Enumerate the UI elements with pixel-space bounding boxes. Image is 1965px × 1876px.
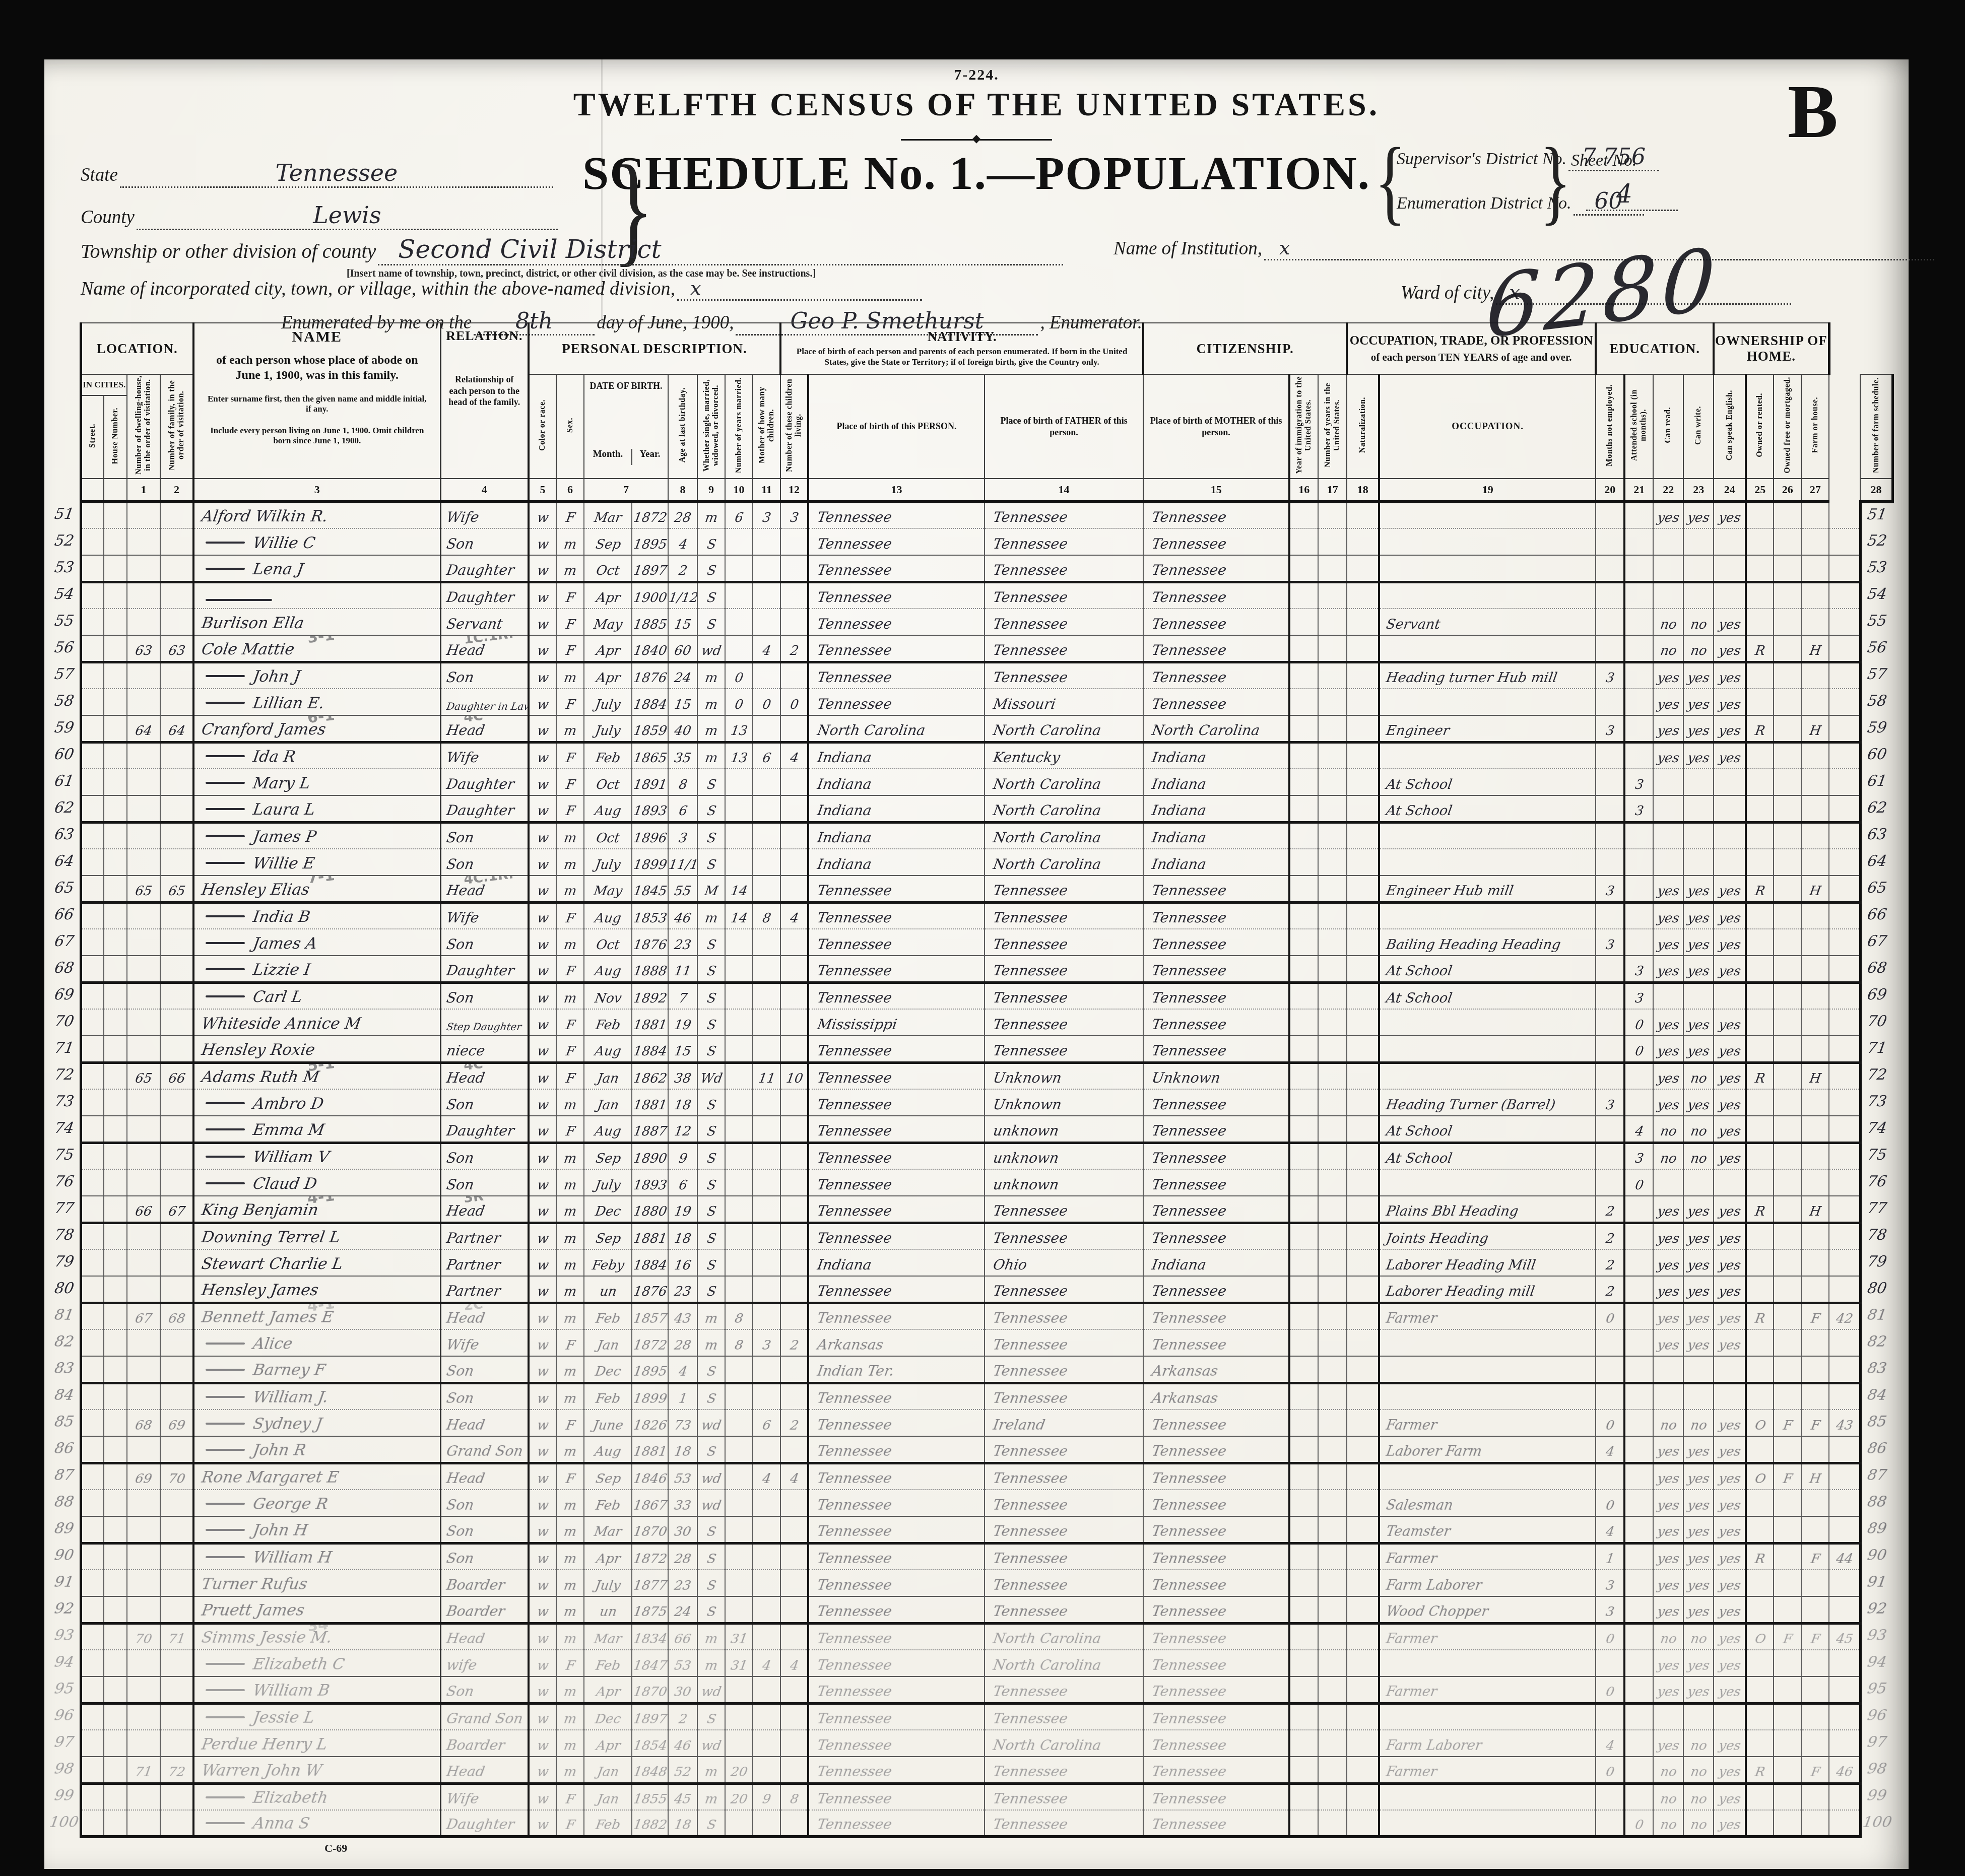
cell-birthplace: Tennessee xyxy=(808,635,985,662)
cell-father-birthplace: North Carolina xyxy=(985,849,1143,876)
cell-mother-birthplace: Tennessee xyxy=(1143,1677,1289,1703)
cell-owned-free-mortgaged xyxy=(1774,1570,1801,1596)
line-number-right: 77 xyxy=(1860,1196,1892,1223)
cell-can-read: yes xyxy=(1653,902,1683,929)
census-row: 92Pruett JamesBoarderwmun187524STennesse… xyxy=(48,1596,1892,1623)
census-row: 82AliceWifewFJan187228m832ArkansasTennes… xyxy=(48,1329,1892,1356)
header-street: Street. xyxy=(81,395,104,479)
cell-birth-year: 1884 xyxy=(632,1249,668,1276)
cell-can-speak-english: yes xyxy=(1714,1249,1746,1276)
cell-mother-of-children: 4 xyxy=(753,635,780,662)
cell-years-in-us xyxy=(1318,1623,1347,1650)
cell-months-not-employed: 3 xyxy=(1596,929,1624,956)
cell-birth-month: Aug xyxy=(584,902,632,929)
cell-naturalization xyxy=(1347,769,1379,795)
cell-immigration-year xyxy=(1289,1463,1318,1490)
ditto-mark xyxy=(206,995,245,997)
cell-can-speak-english: yes xyxy=(1714,1009,1746,1036)
cell-occupation: Farm Laborer xyxy=(1379,1570,1596,1596)
cell-birth-month: Sep xyxy=(584,1223,632,1249)
cell-farm-house xyxy=(1801,1009,1829,1036)
line-number-left: 98 xyxy=(48,1757,81,1783)
cell-owned-free-mortgaged xyxy=(1774,1223,1801,1249)
cell-immigration-year xyxy=(1289,1036,1318,1062)
cell-name: Mary L xyxy=(193,769,440,795)
line-number-right: 61 xyxy=(1860,769,1892,795)
cell-street xyxy=(81,1303,104,1329)
header-attended-school: Attended school (in months). xyxy=(1624,374,1653,479)
cell-children-living xyxy=(780,1436,808,1463)
cell-family-number xyxy=(160,582,193,609)
cell-sex: F xyxy=(556,769,584,795)
cell-can-read xyxy=(1653,769,1683,795)
cell-can-write: yes xyxy=(1683,502,1714,528)
cell-owned-rented xyxy=(1746,1703,1774,1730)
cell-owned-free-mortgaged xyxy=(1774,876,1801,902)
cell-color-race: w xyxy=(529,1596,556,1623)
cell-can-write: yes xyxy=(1683,715,1714,742)
line-number-right: 59 xyxy=(1860,715,1892,742)
cell-owned-rented: R xyxy=(1746,1062,1774,1089)
census-row: 62Laura LDaughterwFAug18936SIndianaNorth… xyxy=(48,795,1892,822)
cell-birth-month: Nov xyxy=(584,982,632,1009)
line-number-left: 93 xyxy=(48,1623,81,1650)
cell-family-number xyxy=(160,902,193,929)
cell-occupation: At School xyxy=(1379,956,1596,982)
cell-naturalization xyxy=(1347,1677,1379,1703)
scanned-census-page: { "form": { "form_number": "7-224.", "ce… xyxy=(0,0,1965,1876)
district-brace-left: { xyxy=(1374,127,1406,237)
cell-children-living xyxy=(780,1009,808,1036)
cell-name: James P xyxy=(193,822,440,849)
cell-relation: Wife xyxy=(440,502,529,528)
cell-birth-month: Jan xyxy=(584,1329,632,1356)
cell-years-in-us xyxy=(1318,1703,1347,1730)
cell-age: 1 xyxy=(668,1383,697,1410)
cell-sex: F xyxy=(556,1329,584,1356)
cell-years-married xyxy=(725,1356,753,1383)
cell-dwelling-number xyxy=(127,822,160,849)
cell-attended-school xyxy=(1624,1516,1653,1543)
cell-street xyxy=(81,1570,104,1596)
cell-name: 6-1Cranford James xyxy=(193,715,440,742)
cell-relation: Son xyxy=(440,1143,529,1169)
cell-father-birthplace: Tennessee xyxy=(985,1436,1143,1463)
cell-children-living xyxy=(780,1383,808,1410)
cell-owned-free-mortgaged xyxy=(1774,1196,1801,1223)
line-number-left: 95 xyxy=(48,1677,81,1703)
cell-years-in-us xyxy=(1318,769,1347,795)
cell-father-birthplace: Ireland xyxy=(985,1410,1143,1436)
cell-years-married xyxy=(725,1490,753,1516)
cell-mother-of-children xyxy=(753,1169,780,1196)
cell-father-birthplace: North Carolina xyxy=(985,822,1143,849)
cell-farm-house xyxy=(1801,1570,1829,1596)
header-birth-month: Month. xyxy=(584,449,632,465)
cell-name: Downing Terrel L xyxy=(193,1223,440,1249)
cell-mother-birthplace: Indiana xyxy=(1143,769,1289,795)
cell-farm-house xyxy=(1801,528,1829,555)
cell-can-read: yes xyxy=(1653,1543,1683,1570)
cell-owned-rented: R xyxy=(1746,1303,1774,1329)
cell-occupation xyxy=(1379,1650,1596,1677)
cell-farm-schedule xyxy=(1829,902,1860,929)
cell-street xyxy=(81,1436,104,1463)
cell-years-in-us xyxy=(1318,1383,1347,1410)
cell-family-number xyxy=(160,769,193,795)
cell-relation: wife xyxy=(440,1650,529,1677)
cell-owned-rented xyxy=(1746,1383,1774,1410)
cell-family-number: 63 xyxy=(160,635,193,662)
cell-color-race: w xyxy=(529,1730,556,1757)
cell-birth-year: 1870 xyxy=(632,1516,668,1543)
cell-street xyxy=(81,795,104,822)
cell-birthplace: Tennessee xyxy=(808,582,985,609)
cell-owned-free-mortgaged xyxy=(1774,662,1801,689)
cell-name: 5-1Adams Ruth M xyxy=(193,1062,440,1089)
cell-marital-status: S xyxy=(697,982,725,1009)
cell-mother-of-children xyxy=(753,1276,780,1303)
county-label: County xyxy=(81,207,135,228)
cell-age: 4 xyxy=(668,1356,697,1383)
cell-farm-house xyxy=(1801,1783,1829,1810)
cell-years-married xyxy=(725,1677,753,1703)
line-number-right: 62 xyxy=(1860,795,1892,822)
cell-street xyxy=(81,1596,104,1623)
cell-years-in-us xyxy=(1318,1009,1347,1036)
cell-color-race: w xyxy=(529,1062,556,1089)
cell-immigration-year xyxy=(1289,609,1318,635)
cell-mother-birthplace: Tennessee xyxy=(1143,528,1289,555)
cell-farm-house xyxy=(1801,1650,1829,1677)
cell-birth-year: 1881 xyxy=(632,1223,668,1249)
cell-farm-schedule xyxy=(1829,1703,1860,1730)
cell-owned-rented xyxy=(1746,582,1774,609)
cell-birth-year: 1891 xyxy=(632,769,668,795)
cell-years-married xyxy=(725,1463,753,1490)
cell-birthplace: Tennessee xyxy=(808,982,985,1009)
cell-mother-birthplace: Tennessee xyxy=(1143,635,1289,662)
cell-years-in-us xyxy=(1318,1356,1347,1383)
cell-years-married xyxy=(725,609,753,635)
cell-birthplace: Tennessee xyxy=(808,1596,985,1623)
cell-family-number xyxy=(160,502,193,528)
cell-street xyxy=(81,1249,104,1276)
cell-house-number xyxy=(104,1516,127,1543)
cell-father-birthplace: Ohio xyxy=(985,1249,1143,1276)
cell-birth-month: July xyxy=(584,1570,632,1596)
cell-relation: Wife xyxy=(440,902,529,929)
population-schedule-table: LOCATION. NAME of each person whose plac… xyxy=(48,322,1894,1838)
cell-marital-status: S xyxy=(697,1516,725,1543)
cell-farm-house xyxy=(1801,1089,1829,1116)
cell-marital-status: S xyxy=(697,528,725,555)
cell-farm-schedule xyxy=(1829,1169,1860,1196)
cell-occupation xyxy=(1379,1009,1596,1036)
cell-can-read: yes xyxy=(1653,1329,1683,1356)
cell-color-race: w xyxy=(529,502,556,528)
header-children-living: Number of these children living. xyxy=(780,374,808,479)
cell-birthplace: Tennessee xyxy=(808,1783,985,1810)
cell-owned-free-mortgaged xyxy=(1774,1543,1801,1570)
cell-marital-status: S xyxy=(697,929,725,956)
cell-sex: m xyxy=(556,1570,584,1596)
cell-mother-birthplace: Tennessee xyxy=(1143,689,1289,715)
header-color-race: Color or race. xyxy=(529,374,556,479)
cell-can-read: yes xyxy=(1653,1650,1683,1677)
cell-color-race: w xyxy=(529,795,556,822)
cell-mother-of-children xyxy=(753,1303,780,1329)
cell-can-speak-english: yes xyxy=(1714,1436,1746,1463)
cell-marital-status: S xyxy=(697,609,725,635)
census-row: 68Lizzie IDaughterwFAug188811STennesseeT… xyxy=(48,956,1892,982)
cell-family-number xyxy=(160,1436,193,1463)
cell-farm-schedule xyxy=(1829,1650,1860,1677)
cell-owned-rented xyxy=(1746,956,1774,982)
cell-birth-year: 1895 xyxy=(632,1356,668,1383)
cell-immigration-year xyxy=(1289,1623,1318,1650)
cell-birth-year: 1840 xyxy=(632,635,668,662)
cell-mother-of-children xyxy=(753,1730,780,1757)
cell-owned-rented: O xyxy=(1746,1623,1774,1650)
cell-name: Elizabeth C xyxy=(193,1650,440,1677)
cell-years-married: 14 xyxy=(725,876,753,902)
line-number-left: 51 xyxy=(48,502,81,528)
cell-years-married xyxy=(725,1062,753,1089)
cell-marital-status: S xyxy=(697,1570,725,1596)
cell-mother-birthplace: Tennessee xyxy=(1143,1730,1289,1757)
cell-age: 52 xyxy=(668,1757,697,1783)
cell-can-read: yes xyxy=(1653,1196,1683,1223)
cell-farm-house: F xyxy=(1801,1757,1829,1783)
cell-can-read xyxy=(1653,982,1683,1009)
cell-naturalization xyxy=(1347,822,1379,849)
cell-color-race: w xyxy=(529,1703,556,1730)
cell-relation: Partner xyxy=(440,1249,529,1276)
cell-immigration-year xyxy=(1289,1596,1318,1623)
cell-house-number xyxy=(104,609,127,635)
cell-mother-of-children xyxy=(753,1143,780,1169)
cell-father-birthplace: Tennessee xyxy=(985,1516,1143,1543)
cell-can-write xyxy=(1683,1383,1714,1410)
cell-can-read: yes xyxy=(1653,1036,1683,1062)
cell-occupation: Laborer Farm xyxy=(1379,1436,1596,1463)
cell-dwelling-number xyxy=(127,1143,160,1169)
cell-months-not-employed xyxy=(1596,795,1624,822)
cell-months-not-employed: 3 xyxy=(1596,1089,1624,1116)
cell-can-read: yes xyxy=(1653,1276,1683,1303)
state-field: State Tennessee xyxy=(81,159,553,188)
cell-name: 4-1King Benjamin xyxy=(193,1196,440,1223)
cell-dwelling-number xyxy=(127,528,160,555)
cell-years-married xyxy=(725,1436,753,1463)
cell-can-read xyxy=(1653,1383,1683,1410)
line-number-right: 65 xyxy=(1860,876,1892,902)
cell-attended-school: 3 xyxy=(1624,795,1653,822)
cell-owned-rented xyxy=(1746,982,1774,1009)
cell-farm-schedule xyxy=(1829,1116,1860,1143)
cell-can-speak-english xyxy=(1714,528,1746,555)
cell-can-write: no xyxy=(1683,1410,1714,1436)
line-number-left: 71 xyxy=(48,1036,81,1062)
cell-farm-schedule xyxy=(1829,1089,1860,1116)
cell-marital-status: S xyxy=(697,1009,725,1036)
cell-years-married xyxy=(725,1570,753,1596)
cell-name: William J. xyxy=(193,1383,440,1410)
cell-can-read xyxy=(1653,795,1683,822)
census-row: 54DaughterwFApr19001/12STennesseeTenness… xyxy=(48,582,1892,609)
cell-family-number xyxy=(160,1490,193,1516)
cell-months-not-employed xyxy=(1596,609,1624,635)
cell-farm-schedule xyxy=(1829,742,1860,769)
cell-can-speak-english: yes xyxy=(1714,1143,1746,1169)
township-label: Township or other division of county xyxy=(81,240,376,262)
cell-house-number xyxy=(104,1249,127,1276)
cell-name: Lizzie I xyxy=(193,956,440,982)
cell-farm-house: H xyxy=(1801,1062,1829,1089)
cell-years-in-us xyxy=(1318,1116,1347,1143)
cell-marital-status: m xyxy=(697,1757,725,1783)
cell-relation: Son xyxy=(440,1516,529,1543)
cell-mother-birthplace: Tennessee xyxy=(1143,1757,1289,1783)
cell-children-living: 2 xyxy=(780,1329,808,1356)
city-field: Name of incorporated city, town, or vill… xyxy=(81,277,922,301)
cell-occupation: Farm Laborer xyxy=(1379,1730,1596,1757)
cell-house-number xyxy=(104,1650,127,1677)
cell-mother-birthplace: Tennessee xyxy=(1143,1276,1289,1303)
header-mother-of-children: Mother of how many children. xyxy=(753,374,780,479)
cell-owned-rented: R xyxy=(1746,715,1774,742)
cell-owned-rented xyxy=(1746,1249,1774,1276)
cell-birthplace: Tennessee xyxy=(808,1703,985,1730)
cell-farm-schedule xyxy=(1829,849,1860,876)
cell-immigration-year xyxy=(1289,1249,1318,1276)
cell-farm-house xyxy=(1801,1249,1829,1276)
cell-relation: Daughter xyxy=(440,1810,529,1837)
cell-can-speak-english: yes xyxy=(1714,1757,1746,1783)
cell-house-number xyxy=(104,902,127,929)
cell-birthplace: Tennessee xyxy=(808,1570,985,1596)
cell-owned-free-mortgaged xyxy=(1774,555,1801,582)
cell-months-not-employed xyxy=(1596,1143,1624,1169)
cell-children-living: 10 xyxy=(780,1062,808,1089)
cell-immigration-year xyxy=(1289,1223,1318,1249)
line-number-right: 66 xyxy=(1860,902,1892,929)
cell-can-speak-english xyxy=(1714,582,1746,609)
cell-father-birthplace: unknown xyxy=(985,1116,1143,1143)
line-number-left: 81 xyxy=(48,1303,81,1329)
cell-months-not-employed: 4 xyxy=(1596,1730,1624,1757)
cell-can-write: no xyxy=(1683,1062,1714,1089)
cell-mother-of-children xyxy=(753,1596,780,1623)
cell-owned-free-mortgaged xyxy=(1774,982,1801,1009)
cell-birthplace: Indian Ter. xyxy=(808,1356,985,1383)
cell-age: 12 xyxy=(668,1116,697,1143)
cell-can-write xyxy=(1683,528,1714,555)
cell-street xyxy=(81,1276,104,1303)
cell-marital-status: S xyxy=(697,1383,725,1410)
cell-relation: Partner xyxy=(440,1223,529,1249)
cell-dwelling-number xyxy=(127,582,160,609)
cell-years-in-us xyxy=(1318,1677,1347,1703)
cell-marital-status: m xyxy=(697,502,725,528)
ditto-mark xyxy=(206,1716,245,1718)
cell-children-living xyxy=(780,1543,808,1570)
cell-months-not-employed: 2 xyxy=(1596,1276,1624,1303)
cell-dwelling-number xyxy=(127,849,160,876)
cell-house-number xyxy=(104,1062,127,1089)
cell-name: Willie C xyxy=(193,528,440,555)
cell-mother-of-children xyxy=(753,982,780,1009)
cell-relation: Boarder xyxy=(440,1596,529,1623)
cell-occupation: Heading Turner (Barrel) xyxy=(1379,1089,1596,1116)
county-field: County Lewis xyxy=(81,202,558,230)
cell-street xyxy=(81,1650,104,1677)
cell-children-living xyxy=(780,1196,808,1223)
cell-owned-rented: O xyxy=(1746,1463,1774,1490)
cell-birth-month: Feb xyxy=(584,1490,632,1516)
cell-occupation xyxy=(1379,582,1596,609)
cell-farm-schedule xyxy=(1829,1223,1860,1249)
line-number-right: 87 xyxy=(1860,1463,1892,1490)
cell-farm-schedule: 44 xyxy=(1829,1543,1860,1570)
cell-occupation xyxy=(1379,1169,1596,1196)
cell-mother-birthplace: Tennessee xyxy=(1143,1650,1289,1677)
line-number-right: 51 xyxy=(1860,502,1892,528)
cell-house-number xyxy=(104,1570,127,1596)
cell-dwelling-number xyxy=(127,1089,160,1116)
cell-can-write: yes xyxy=(1683,1543,1714,1570)
cell-naturalization xyxy=(1347,635,1379,662)
line-number-right: 78 xyxy=(1860,1223,1892,1249)
cell-immigration-year xyxy=(1289,982,1318,1009)
line-number-right: 88 xyxy=(1860,1490,1892,1516)
cell-birthplace: Tennessee xyxy=(808,1223,985,1249)
cell-dwelling-number: 69 xyxy=(127,1463,160,1490)
cell-mother-of-children: 0 xyxy=(753,689,780,715)
cell-naturalization xyxy=(1347,1062,1379,1089)
cell-mother-birthplace: Tennessee xyxy=(1143,502,1289,528)
cell-can-write: yes xyxy=(1683,1249,1714,1276)
cell-name: Alice xyxy=(193,1329,440,1356)
cell-owned-free-mortgaged xyxy=(1774,795,1801,822)
cell-birth-month: Jan xyxy=(584,1089,632,1116)
cell-farm-house xyxy=(1801,555,1829,582)
line-number-left: 59 xyxy=(48,715,81,742)
line-number-right: 58 xyxy=(1860,689,1892,715)
cell-street xyxy=(81,1062,104,1089)
line-number-right: 73 xyxy=(1860,1089,1892,1116)
cell-street xyxy=(81,876,104,902)
cell-owned-rented xyxy=(1746,1516,1774,1543)
cell-owned-free-mortgaged xyxy=(1774,956,1801,982)
cell-occupation: Engineer Hub mill xyxy=(1379,876,1596,902)
cell-father-birthplace: Tennessee xyxy=(985,1810,1143,1837)
ditto-mark xyxy=(206,1556,245,1558)
cell-house-number xyxy=(104,1810,127,1837)
cell-age: 38 xyxy=(668,1062,697,1089)
cell-can-read: yes xyxy=(1653,1249,1683,1276)
cell-father-birthplace: Tennessee xyxy=(985,1757,1143,1783)
cell-birth-year: 1893 xyxy=(632,795,668,822)
line-number-right: 86 xyxy=(1860,1436,1892,1463)
ditto-mark xyxy=(206,675,245,677)
cell-color-race: w xyxy=(529,1356,556,1383)
cell-children-living: 4 xyxy=(780,1463,808,1490)
cell-immigration-year xyxy=(1289,1329,1318,1356)
cell-birth-month: Sep xyxy=(584,528,632,555)
header-years-in-us: Number of years in the United States. xyxy=(1318,374,1347,479)
